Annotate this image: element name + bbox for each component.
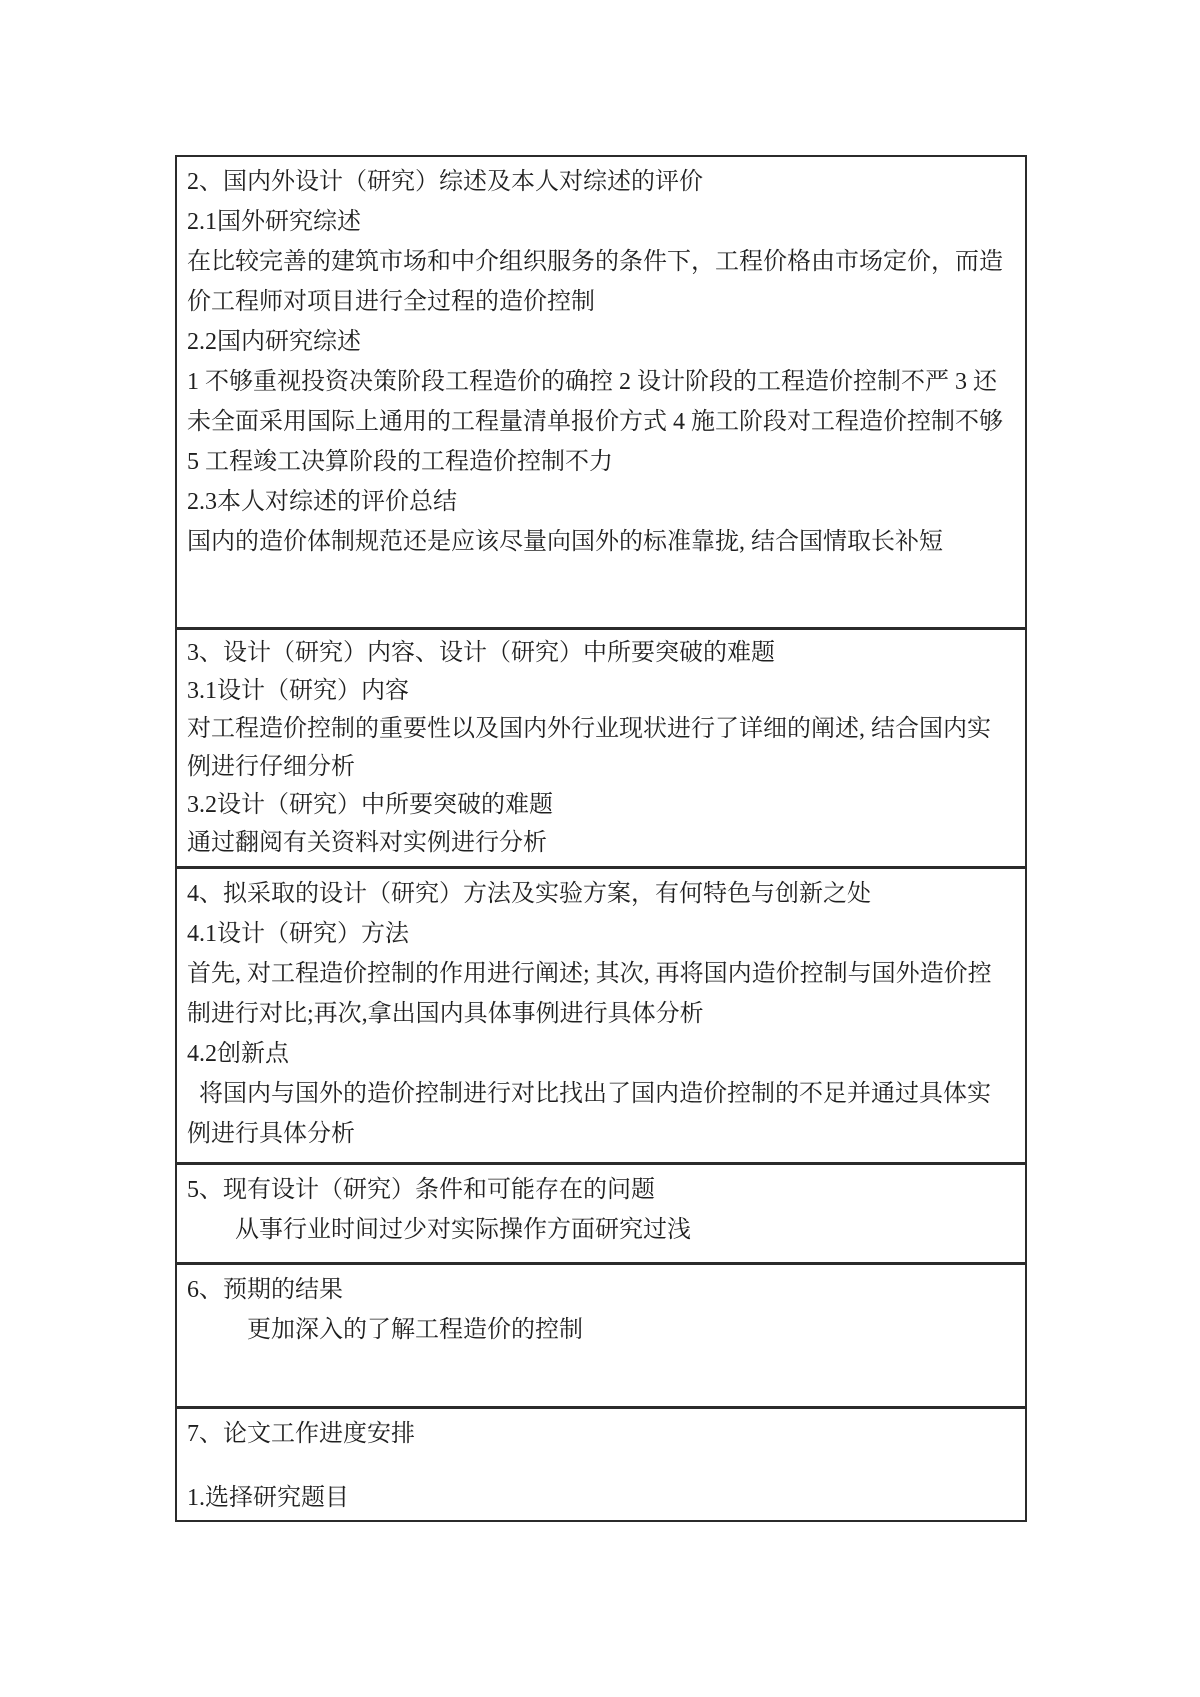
section-5-title: 5、现有设计（研究）条件和可能存在的问题 [187, 1170, 1015, 1210]
text-line: 国内的造价体制规范还是应该尽量向国外的标准靠拢, 结合国情取长补短 [187, 522, 1015, 562]
text-line: 未全面采用国际上通用的工程量清单报价方式 4 施工阶段对工程造价控制不够 [187, 402, 1015, 442]
text-line: 从事行业时间过少对实际操作方面研究过浅 [187, 1210, 1015, 1250]
text-line: 5 工程竣工决算阶段的工程造价控制不力 [187, 442, 1015, 482]
text-line: 例进行具体分析 [187, 1114, 1015, 1154]
section-3-row: 3、设计（研究）内容、设计（研究）中所要突破的难题 3.1设计（研究）内容 对工… [177, 630, 1025, 869]
text-line: 1.选择研究题目 [187, 1478, 1015, 1518]
document-page: 2、国内外设计（研究）综述及本人对综述的评价 2.1国外研究综述 在比较完善的建… [0, 0, 1200, 1697]
section-5-row: 5、现有设计（研究）条件和可能存在的问题 从事行业时间过少对实际操作方面研究过浅 [177, 1165, 1025, 1265]
section-4-title: 4、拟采取的设计（研究）方法及实验方案，有何特色与创新之处 [187, 874, 1015, 914]
text-line: 将国内与国外的造价控制进行对比找出了国内造价控制的不足并通过具体实 [187, 1074, 1015, 1114]
section-7-title: 7、论文工作进度安排 [187, 1414, 1015, 1454]
section-2-2-heading: 2.2国内研究综述 [187, 322, 1015, 362]
section-4-row: 4、拟采取的设计（研究）方法及实验方案，有何特色与创新之处 4.1设计（研究）方… [177, 869, 1025, 1165]
section-2-3-heading: 2.3本人对综述的评价总结 [187, 482, 1015, 522]
text-line: 1 不够重视投资决策阶段工程造价的确控 2 设计阶段的工程造价控制不严 3 还 [187, 362, 1015, 402]
section-3-2-heading: 3.2设计（研究）中所要突破的难题 [187, 786, 1015, 824]
section-4-1-heading: 4.1设计（研究）方法 [187, 914, 1015, 954]
section-3-1-heading: 3.1设计（研究）内容 [187, 672, 1015, 710]
text-line: 在比较完善的建筑市场和中介组织服务的条件下，工程价格由市场定价，而造 [187, 242, 1015, 282]
section-4-2-heading: 4.2创新点 [187, 1034, 1015, 1074]
section-6-row: 6、预期的结果 更加深入的了解工程造价的控制 [177, 1265, 1025, 1409]
text-line: 通过翻阅有关资料对实例进行分析 [187, 824, 1015, 862]
proposal-table: 2、国内外设计（研究）综述及本人对综述的评价 2.1国外研究综述 在比较完善的建… [175, 155, 1027, 1522]
section-7-row: 7、论文工作进度安排 1.选择研究题目 [177, 1409, 1025, 1520]
text-line: 更加深入的了解工程造价的控制 [187, 1310, 1015, 1350]
section-6-title: 6、预期的结果 [187, 1270, 1015, 1310]
section-3-title: 3、设计（研究）内容、设计（研究）中所要突破的难题 [187, 634, 1015, 672]
text-line: 对工程造价控制的重要性以及国内外行业现状进行了详细的阐述, 结合国内实 [187, 710, 1015, 748]
section-2-row: 2、国内外设计（研究）综述及本人对综述的评价 2.1国外研究综述 在比较完善的建… [177, 157, 1025, 630]
text-line: 制进行对比;再次,拿出国内具体事例进行具体分析 [187, 994, 1015, 1034]
section-2-title: 2、国内外设计（研究）综述及本人对综述的评价 [187, 162, 1015, 202]
text-line: 例进行仔细分析 [187, 748, 1015, 786]
text-line: 价工程师对项目进行全过程的造价控制 [187, 282, 1015, 322]
section-2-1-heading: 2.1国外研究综述 [187, 202, 1015, 242]
text-line: 首先, 对工程造价控制的作用进行阐述; 其次, 再将国内造价控制与国外造价控 [187, 954, 1015, 994]
blank-line [187, 1454, 1015, 1478]
